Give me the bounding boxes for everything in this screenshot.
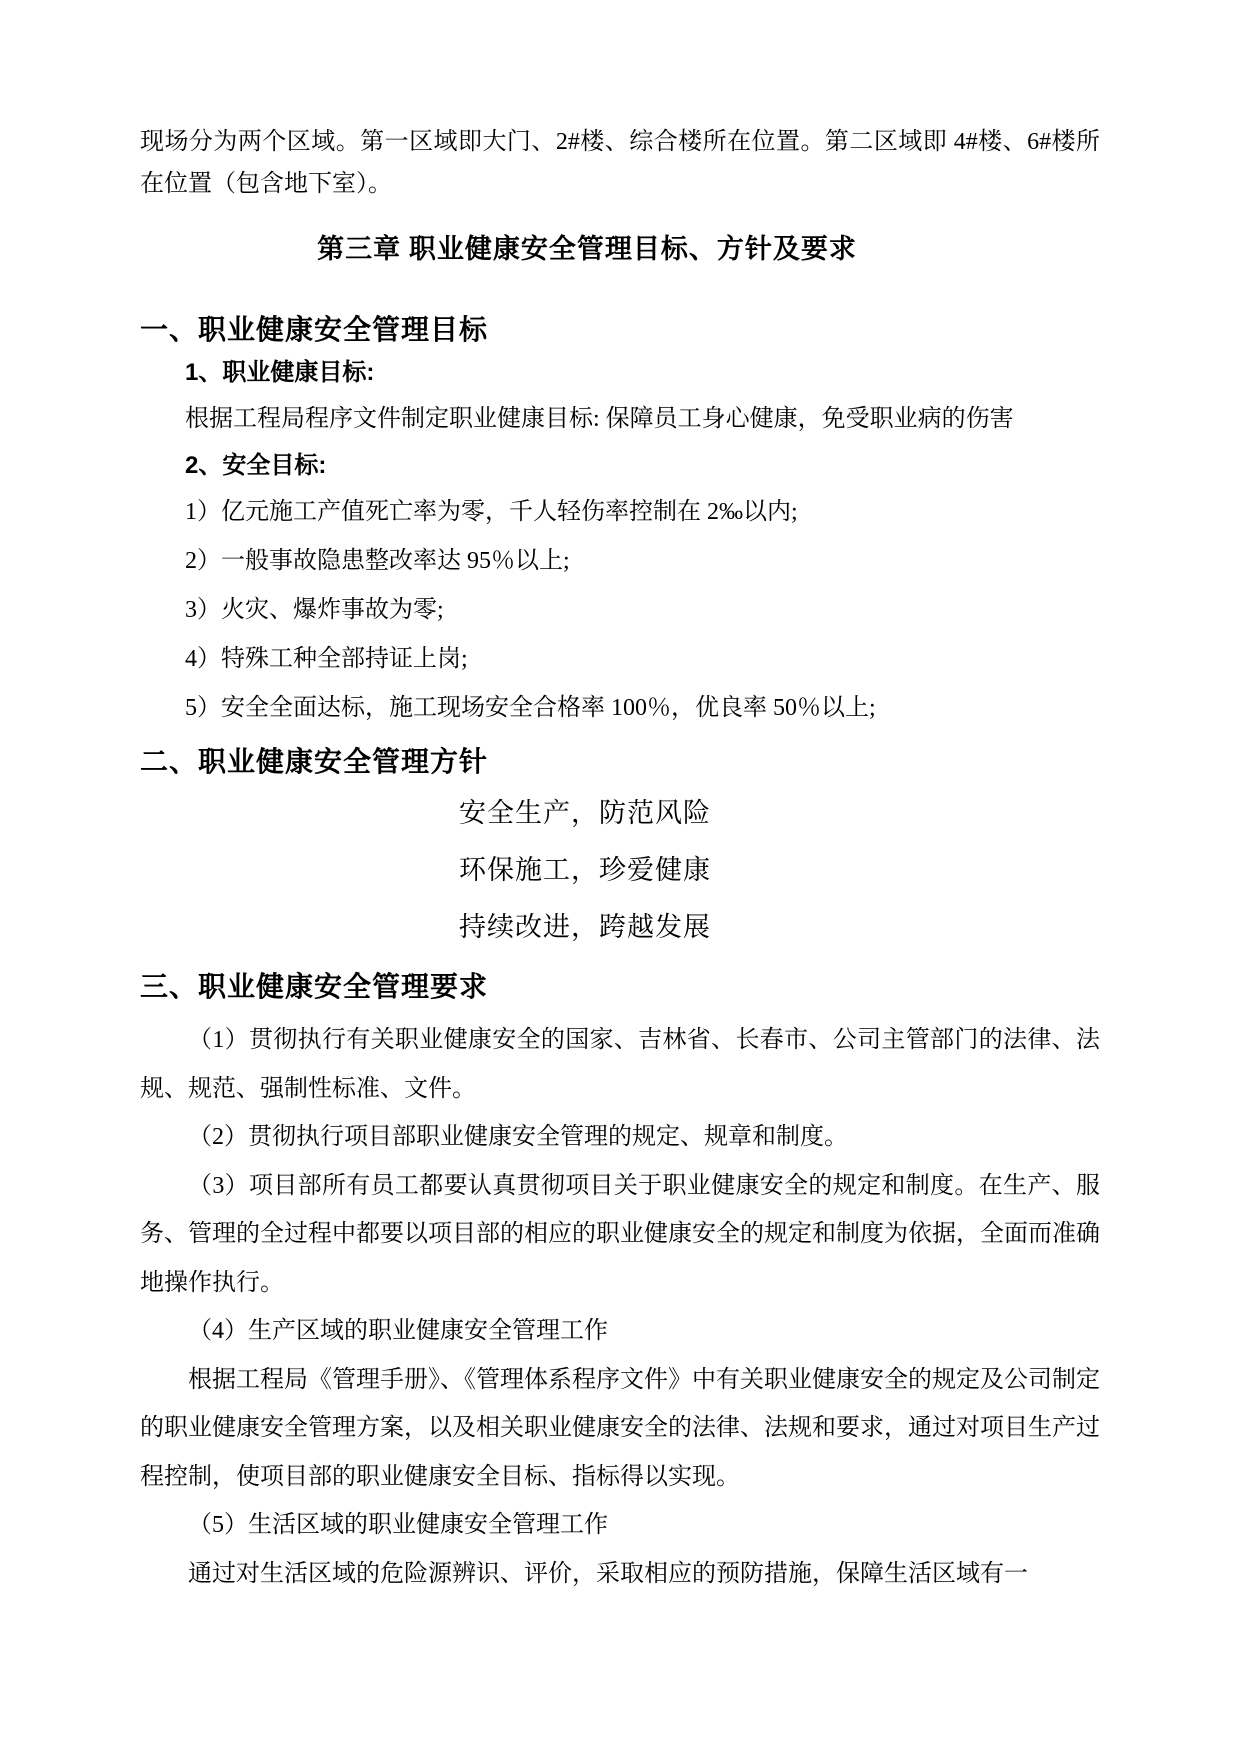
document-page: 现场分为两个区域。第一区域即大门、2#楼、综合楼所在位置。第二区域即 4#楼、6…: [0, 0, 1241, 1754]
intro-paragraph: 现场分为两个区域。第一区域即大门、2#楼、综合楼所在位置。第二区域即 4#楼、6…: [140, 121, 1100, 205]
requirement-paragraph: （3）项目部所有员工都要认真贯彻项目关于职业健康安全的规定和制度。在生产、服务、…: [140, 1162, 1100, 1308]
section1-heading: 一、职业健康安全管理目标: [140, 309, 1100, 351]
policy-slogan: 安全生产，防范风险: [140, 785, 1100, 842]
requirement-paragraph: 通过对生活区域的危险源辨识、评价，采取相应的预防措施，保障生活区域有一: [140, 1550, 1100, 1599]
section2-heading: 二、职业健康安全管理方针: [140, 741, 1100, 783]
chapter-title: 第三章 职业健康安全管理目标、方针及要求: [140, 229, 1100, 269]
policy-slogan: 持续改进，跨越发展: [140, 899, 1100, 956]
safety-goal-list: 1）亿元施工产值死亡率为零，千人轻伤率控制在 2‰以内; 2）一般事故隐患整改率…: [140, 488, 1100, 733]
safety-goal-item: 3）火灾、爆炸事故为零;: [140, 586, 1100, 635]
safety-goal-item: 2）一般事故隐患整改率达 95％以上;: [140, 537, 1100, 586]
policy-slogan: 环保施工，珍爱健康: [140, 842, 1100, 899]
section1-sub1-heading: 1、职业健康目标:: [185, 351, 1100, 395]
requirement-paragraph: 根据工程局《管理手册》、《管理体系程序文件》中有关职业健康安全的规定及公司制定的…: [140, 1356, 1100, 1502]
page-content: 现场分为两个区域。第一区域即大门、2#楼、综合楼所在位置。第二区域即 4#楼、6…: [0, 0, 1241, 1598]
requirement-paragraph: （5）生活区域的职业健康安全管理工作: [140, 1501, 1100, 1550]
requirement-paragraphs: （1）贯彻执行有关职业健康安全的国家、吉林省、长春市、公司主管部门的法律、法规、…: [140, 1016, 1100, 1598]
requirement-paragraph: （4）生产区域的职业健康安全管理工作: [140, 1307, 1100, 1356]
section1-sub2-heading: 2、安全目标:: [185, 444, 1100, 488]
section1-sub1-body: 根据工程局程序文件制定职业健康目标: 保障员工身心健康，免受职业病的伤害: [140, 395, 1100, 444]
requirement-paragraph: （2）贯彻执行项目部职业健康安全管理的规定、规章和制度。: [140, 1113, 1100, 1162]
policy-slogans: 安全生产，防范风险 环保施工，珍爱健康 持续改进，跨越发展: [140, 785, 1100, 956]
requirement-paragraph: （1）贯彻执行有关职业健康安全的国家、吉林省、长春市、公司主管部门的法律、法规、…: [140, 1016, 1100, 1113]
safety-goal-item: 1）亿元施工产值死亡率为零，千人轻伤率控制在 2‰以内;: [140, 488, 1100, 537]
safety-goal-item: 4）特殊工种全部持证上岗;: [140, 635, 1100, 684]
safety-goal-item: 5）安全全面达标，施工现场安全合格率 100％，优良率 50％以上;: [140, 684, 1100, 733]
section3-heading: 三、职业健康安全管理要求: [140, 966, 1100, 1008]
